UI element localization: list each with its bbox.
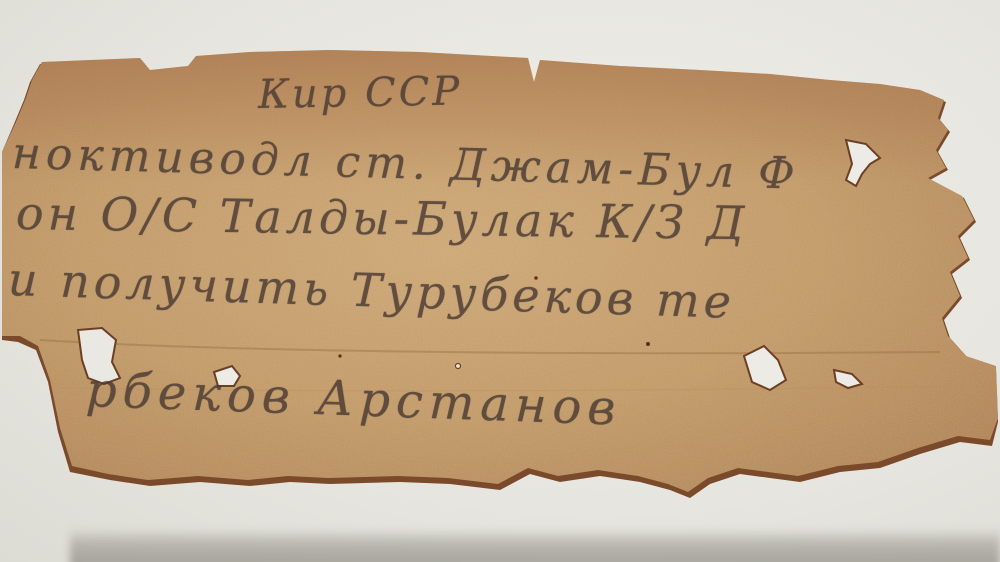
note-line-3: он О/С Талды-Булак К/З Д [16,186,749,250]
paper-note: Кир ССР ноктиводл ст. Джам-Бул Ф он О/С … [0,0,1000,562]
note-line-1: Кир ССР [258,68,463,118]
